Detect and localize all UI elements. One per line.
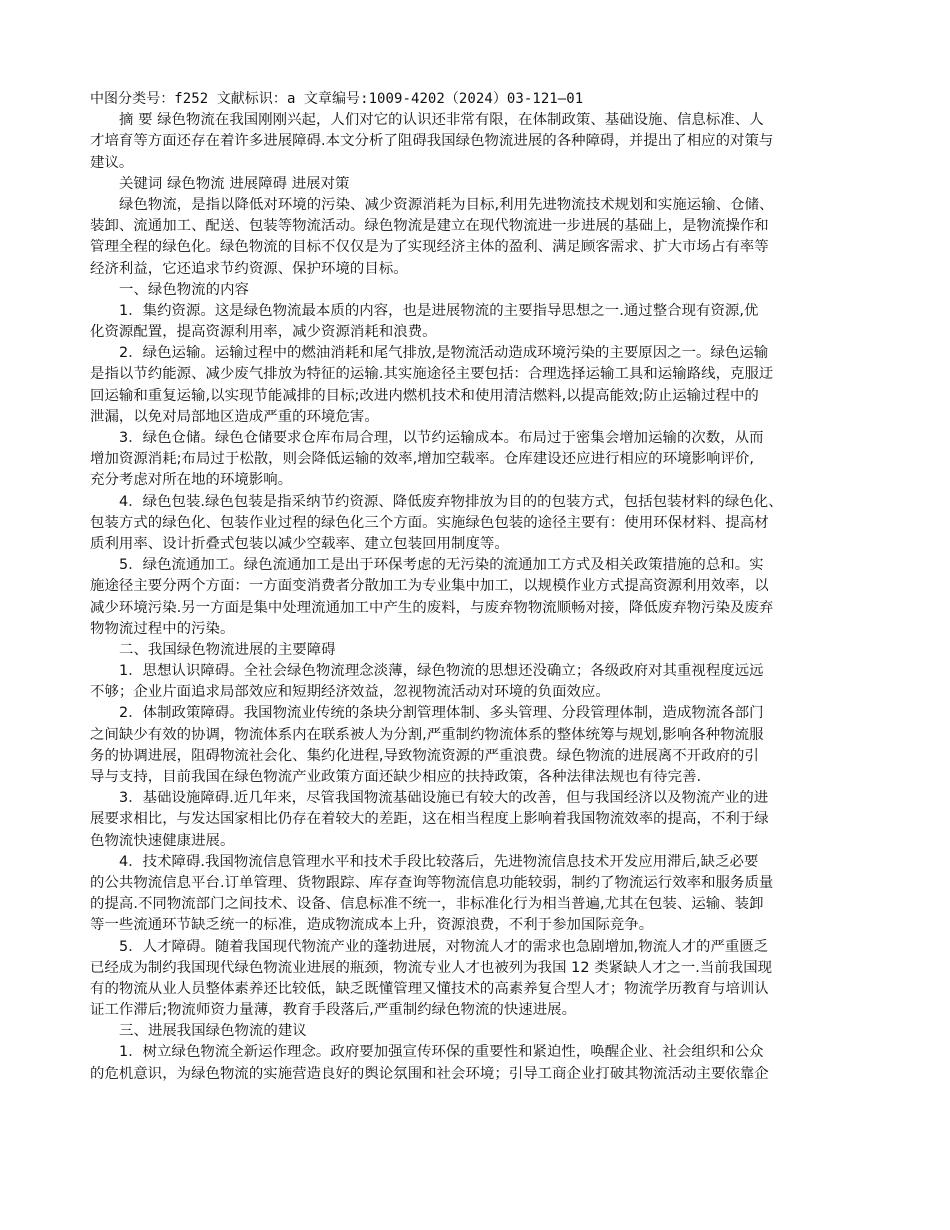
paragraph-line: 展要求相比，与发达国家相比仍存在着较大的差距，这在相当程度上影响着我国物流效率的… [90,809,860,830]
paragraph-first-line: 1．思想认识障碍。全社会绿色物流理念淡薄，绿色物流的思想还没确立；各级政府对其重… [90,661,860,682]
paragraph-first-line: 3．基础设施障碍.近几年来，尽管我国物流基础设施已有较大的改善，但与我国经济以及… [90,788,860,809]
paragraph-line: 已经成为制约我国现代绿色物流业进展的瓶颈，物流专业人才也被列为我国 12 类紧缺… [90,958,860,979]
paragraph-line: 导与支持，目前我国在绿色物流产业政策方面还缺少相应的扶持政策，各种法律法规也有待… [90,767,860,788]
paragraph-first-line: 二、我国绿色物流进展的主要障碍 [90,640,860,661]
paragraph-first-line: 摘 要 绿色物流在我国刚刚兴起，人们对它的认识还非常有限，在体制政策、基础设施、… [90,110,860,131]
paragraph-first-line: 3．绿色仓储。绿色仓储要求仓库布局合理，以节约运输成本。布局过于密集会增加运输的… [90,428,860,449]
paragraph-line: 物物流过程中的污染。 [90,619,860,640]
paragraph-first-line: 5．绿色流通加工。绿色流通加工是出于环保考虑的无污染的流通加工方式及相关政策措施… [90,555,860,576]
paragraph-line: 的公共物流信息平台.订单管理、货物跟踪、库存查询等物流信息功能较弱，制约了物流运… [90,873,860,894]
paragraph-line: 增加资源消耗;布局过于松散，则会降低运输的效率,增加空载率。仓库建设还应进行相应… [90,449,860,470]
paragraph-line: 务的协调进展，阻碍物流社会化、集约化进程,导致物流资源的严重浪费。绿色物流的进展… [90,746,860,767]
paragraph-line: 质利用率、设计折叠式包装以减少空载率、建立包装回用制度等。 [90,534,860,555]
paragraph-first-line: 绿色物流，是指以降低对环境的污染、减少资源消耗为目标,利用先进物流技术规划和实施… [90,195,860,216]
paragraph-line: 之间缺少有效的协调，物流体系内在联系被人为分割,严重制约物流体系的整体统筹与规划… [90,725,860,746]
paragraph-first-line: 2．绿色运输。运输过程中的燃油消耗和尾气排放,是物流活动造成环境污染的主要原因之… [90,343,860,364]
document-page: 中图分类号：f252 文献标识：a 文章编号:1009-4202（2024）03… [90,89,860,1085]
paragraph-line: 才培育等方面还存在着许多进展障碍.本文分析了阻碍我国绿色物流进展的各种障碍，并提… [90,131,860,152]
paragraph-line: 是指以节约能源、减少废气排放为特征的运输.其实施途径主要包括：合理选择运输工具和… [90,364,860,385]
paragraph-first-line: 一、绿色物流的内容 [90,280,860,301]
paragraph-first-line: 5．人才障碍。随着我国现代物流产业的蓬勃进展，对物流人才的需求也急剧增加,物流人… [90,937,860,958]
paragraph-first-line: 关键词 绿色物流 进展障碍 进展对策 [90,174,860,195]
paragraph-first-line: 1．树立绿色物流全新运作理念。政府要加强宣传环保的重要性和紧迫性，唤醒企业、社会… [90,1042,860,1063]
paragraph-first-line: 三、进展我国绿色物流的建议 [90,1021,860,1042]
paragraph-line: 的提高.不同物流部门之间技术、设备、信息标准不统一，非标准化行为相当普遍,尤其在… [90,894,860,915]
paragraph-first-line: 4．技术障碍.我国物流信息管理水平和技术手段比较落后，先进物流信息技术开发应用滞… [90,852,860,873]
paragraph-line: 的危机意识，为绿色物流的实施营造良好的舆论氛围和社会环境；引导工商企业打破其物流… [90,1064,860,1085]
paragraph-line: 充分考虑对所在地的环境影响。 [90,470,860,491]
paragraph-line: 包装方式的绿色化、包装作业过程的绿色化三个方面。实施绿色包装的途径主要有：使用环… [90,513,860,534]
document-body: 摘 要 绿色物流在我国刚刚兴起，人们对它的认识还非常有限，在体制政策、基础设施、… [90,110,860,1085]
paragraph-first-line: 4．绿色包装.绿色包装是指采纳节约资源、降低废弃物排放为目的的包装方式，包括包装… [90,492,860,513]
paragraph-line: 减少环境污染.另一方面是集中处理流通加工中产生的废料，与废弃物物流顺畅对接，降低… [90,598,860,619]
paragraph-line: 不够；企业片面追求局部效应和短期经济效益，忽视物流活动对环境的负面效应。 [90,682,860,703]
paragraph-first-line: 2．体制政策障碍。我国物流业传统的条块分割管理体制、多头管理、分段管理体制，造成… [90,703,860,724]
paragraph-line: 有的物流从业人员整体素养还比较低，缺乏既懂管理又懂技术的高素养复合型人才；物流学… [90,979,860,1000]
paragraph-line: 经济利益，它还追求节约资源、保护环境的目标。 [90,259,860,280]
classification-meta: 中图分类号：f252 文献标识：a 文章编号:1009-4202（2024）03… [90,89,860,110]
paragraph-line: 回运输和重复运输,以实现节能减排的目标;改进内燃机技术和使用清洁燃料,以提高能效… [90,386,860,407]
paragraph-first-line: 1．集约资源。这是绿色物流最本质的内容，也是进展物流的主要指导思想之一.通过整合… [90,301,860,322]
paragraph-line: 色物流快速健康进展。 [90,831,860,852]
paragraph-line: 装卸、流通加工、配送、包装等物流活动。绿色物流是建立在现代物流进一步进展的基础上… [90,216,860,237]
paragraph-line: 等一些流通环节缺乏统一的标准，造成物流成本上升，资源浪费，不利于参加国际竞争。 [90,915,860,936]
paragraph-line: 泄漏，以免对局部地区造成严重的环境危害。 [90,407,860,428]
paragraph-line: 建议。 [90,153,860,174]
paragraph-line: 证工作滞后;物流师资力量薄，教育手段落后,严重制约绿色物流的快速进展。 [90,1000,860,1021]
paragraph-line: 施途径主要分两个方面：一方面变消费者分散加工为专业集中加工，以规模作业方式提高资… [90,576,860,597]
paragraph-line: 化资源配置，提高资源利用率，减少资源消耗和浪费。 [90,322,860,343]
paragraph-line: 管理全程的绿色化。绿色物流的目标不仅仅是为了实现经济主体的盈利、满足顾客需求、扩… [90,237,860,258]
